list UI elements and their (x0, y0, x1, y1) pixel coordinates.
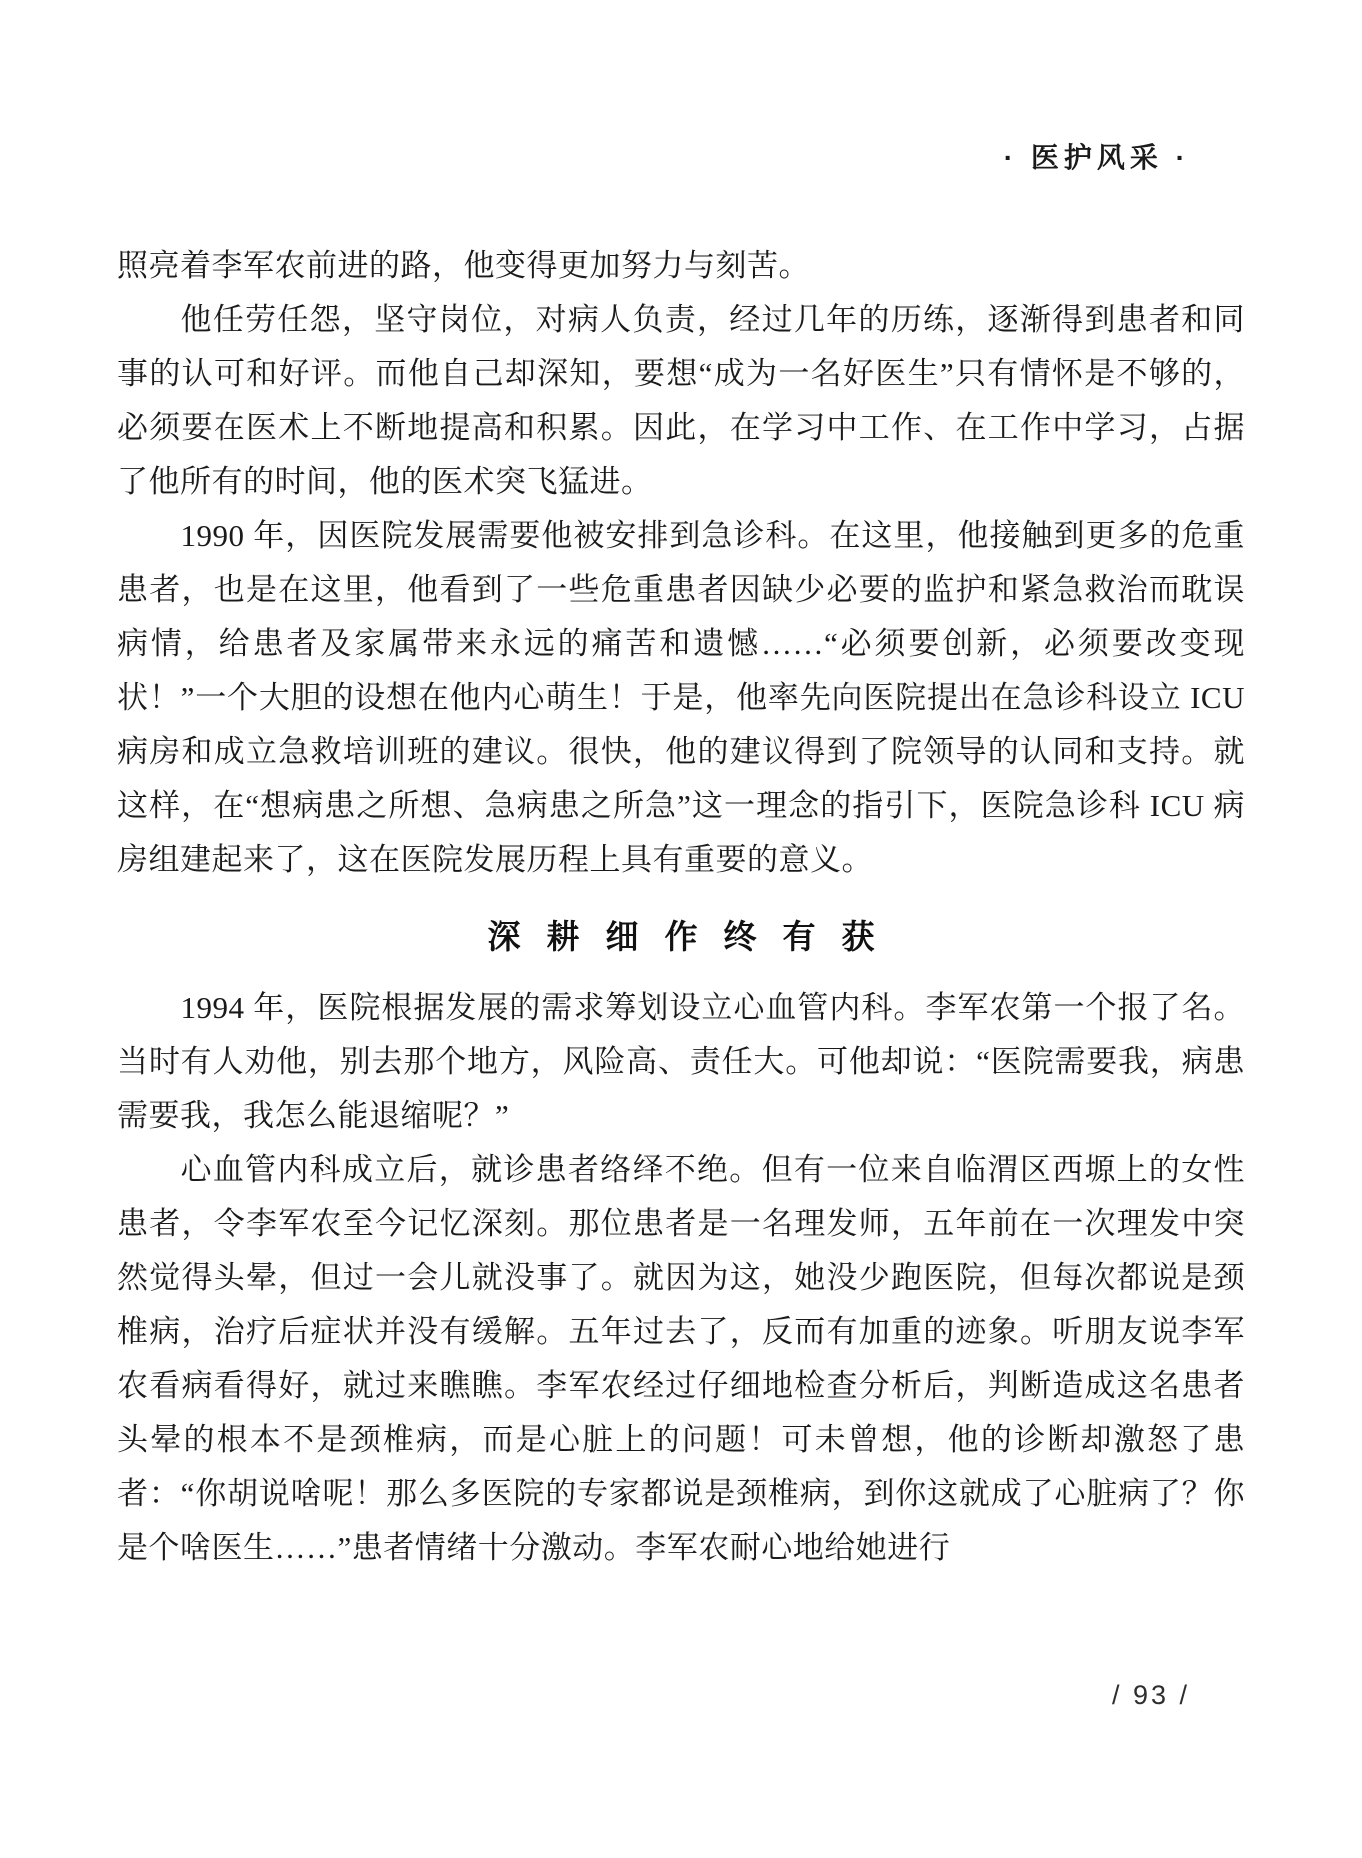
article-body: 照亮着李军农前进的路，他变得更加努力与刻苦。 他任劳任怨，坚守岗位，对病人负责，… (117, 239, 1245, 1575)
page-number: / 93 / (1112, 1680, 1190, 1711)
paragraph-continuation: 照亮着李军农前进的路，他变得更加努力与刻苦。 (117, 239, 1245, 293)
paragraph: 1990 年，因医院发展需要他被安排到急诊科。在这里，他接触到更多的危重患者，也… (117, 509, 1245, 887)
paragraph: 他任劳任怨，坚守岗位，对病人负责，经过几年的历练，逐渐得到患者和同事的认可和好评… (117, 293, 1245, 509)
book-page: · 医护风采 · 照亮着李军农前进的路，他变得更加努力与刻苦。 他任劳任怨，坚守… (0, 0, 1362, 1858)
page-header-label: · 医护风采 · (1004, 136, 1190, 176)
paragraph: 1994 年，医院根据发展的需求筹划设立心血管内科。李军农第一个报了名。当时有人… (117, 981, 1245, 1143)
section-heading: 深耕细作终有获 (117, 911, 1245, 965)
paragraph: 心血管内科成立后，就诊患者络绎不绝。但有一位来自临渭区西塬上的女性患者，令李军农… (117, 1143, 1245, 1575)
